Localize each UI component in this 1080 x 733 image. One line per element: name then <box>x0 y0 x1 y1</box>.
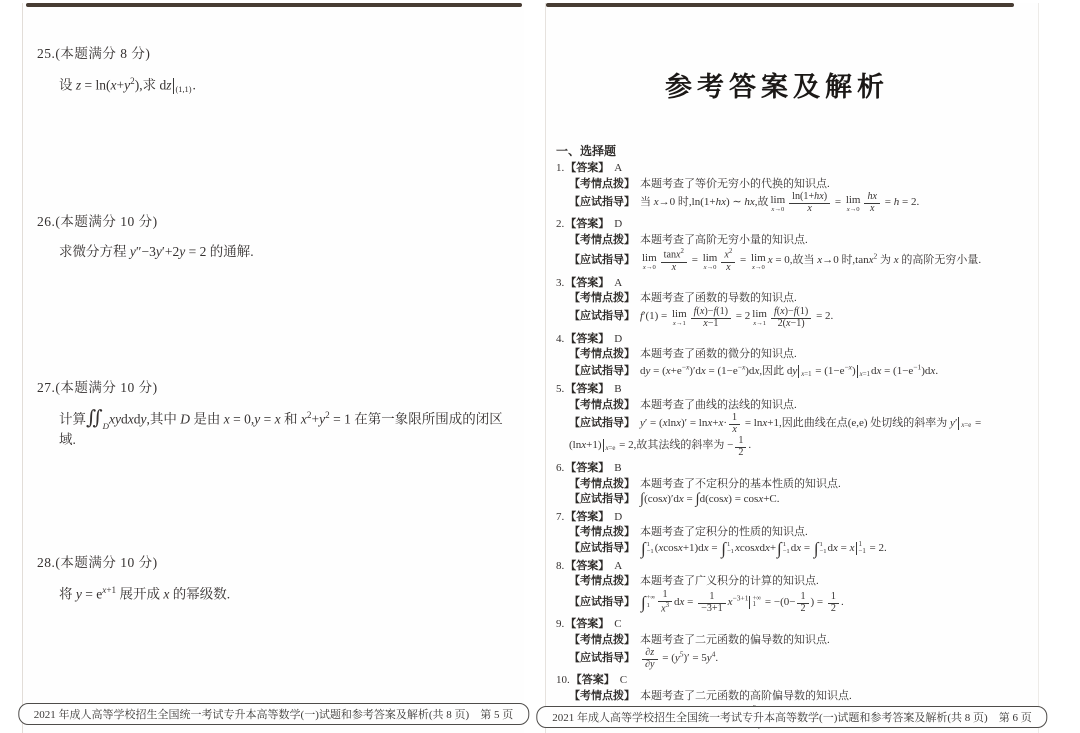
answer-number: 7. <box>556 511 564 523</box>
answer-letter: B <box>614 462 622 474</box>
question-27-header: 27.(本题满分 10 分) <box>37 379 514 398</box>
answer-letter: D <box>614 333 623 345</box>
yingshi-label: 【应试指导】 <box>569 417 635 429</box>
answer-letter: A <box>614 277 623 289</box>
kaoqing-label: 【考情点拨】 <box>569 575 635 587</box>
yingshi-label: 【应试指导】 <box>569 652 635 664</box>
question-26-header: 26.(本题满分 10 分) <box>37 213 514 232</box>
kaoqing-label: 【考情点拨】 <box>569 634 635 646</box>
kaoqing-label: 【考情点拨】 <box>569 526 635 538</box>
kaoqing-label: 【考情点拨】 <box>569 399 635 411</box>
answer-number: 10. <box>556 674 570 686</box>
answer-letter: D <box>614 511 623 523</box>
answer-label: 【答案】 <box>565 277 609 289</box>
answer-number: 8. <box>556 560 564 572</box>
answer-label: 【答案】 <box>565 560 609 572</box>
answer-number: 6. <box>556 462 564 474</box>
answer-letter: D <box>614 218 623 230</box>
yingshi-label: 【应试指导】 <box>569 365 635 377</box>
page-footer-left: 2021 年成人高等学校招生全国统一考试专升本高等数学(一)试题和参考答案及解析… <box>18 703 529 725</box>
kaoqing-label: 【考情点拨】 <box>569 234 635 246</box>
yingshi-formula: ∫+∞11x3dx = 1−3+1x−3+1+∞1 = −(0−12) = 12… <box>640 596 844 608</box>
question-25: 25.(本题满分 8 分) 设 z = ln(x+y2),求 dz(1,1). <box>37 45 514 95</box>
yingshi-formula: ∫(cosx)′dx = ∫d(cosx) = cosx+C. <box>640 493 780 505</box>
yingshi-formula: ∂z∂y = (y5)′ = 5y4. <box>640 652 718 664</box>
kaoqing-label: 【考情点拨】 <box>569 178 635 190</box>
yingshi-label: 【应试指导】 <box>569 542 635 554</box>
yingshi-label: 【应试指导】 <box>569 493 635 505</box>
yingshi-formula: f′(1) = limx→1f(x)−f(1)x−1 = 2limx→1f(x)… <box>640 310 833 322</box>
question-27: 27.(本题满分 10 分) 计算∬Dxydxdy,其中 D 是由 x = 0,… <box>37 379 514 450</box>
question-number: 26. <box>37 214 55 229</box>
question-number: 27. <box>37 380 55 395</box>
kaoqing-text: 本题考查了函数的微分的知识点. <box>640 348 797 360</box>
answer-item-4: 4.【答案】D 【考情点拨】本题考查了函数的微分的知识点. 【应试指导】dy =… <box>556 332 1016 380</box>
answer-number: 3. <box>556 277 564 289</box>
answer-label: 【答案】 <box>565 618 609 630</box>
yingshi-label: 【应试指导】 <box>569 310 635 322</box>
answer-item-1: 1.【答案】A 【考情点拨】本题考查了等价无穷小的代换的知识点. 【应试指导】当… <box>556 161 1016 215</box>
answer-number: 5. <box>556 383 564 395</box>
kaoqing-text: 本题考查了等价无穷小的代换的知识点. <box>640 178 830 190</box>
answer-label: 【答案】 <box>565 383 609 395</box>
page-top-edge <box>26 3 522 7</box>
kaoqing-text: 本题考查了不定积分的基本性质的知识点. <box>640 478 841 490</box>
answer-label: 【答案】 <box>565 162 609 174</box>
answer-number: 4. <box>556 333 564 345</box>
question-number: 28. <box>37 555 55 570</box>
answer-letter: A <box>614 162 623 174</box>
exam-questions-page: 25.(本题满分 8 分) 设 z = ln(x+y2),求 dz(1,1). … <box>22 3 524 733</box>
yingshi-label: 【应试指导】 <box>569 596 635 608</box>
question-25-header: 25.(本题满分 8 分) <box>37 45 514 64</box>
answer-letter: B <box>614 383 622 395</box>
answer-item-6: 6.【答案】B 【考情点拨】本题考查了不定积分的基本性质的知识点. 【应试指导】… <box>556 461 1016 508</box>
answer-number: 9. <box>556 618 564 630</box>
answer-item-3: 3.【答案】A 【考情点拨】本题考查了函数的导数的知识点. 【应试指导】f′(1… <box>556 276 1016 330</box>
kaoqing-label: 【考情点拨】 <box>569 292 635 304</box>
question-points: (本题满分 10 分) <box>55 380 157 395</box>
answer-label: 【答案】 <box>565 333 609 345</box>
answers-list: 1.【答案】A 【考情点拨】本题考查了等价无穷小的代换的知识点. 【应试指导】当… <box>556 161 1016 732</box>
kaoqing-text: 本题考查了函数的导数的知识点. <box>640 292 797 304</box>
answer-letter: A <box>614 560 623 572</box>
question-26-formula: 求微分方程 y″−3y′+2y = 2 的通解. <box>37 243 514 262</box>
answer-letter: C <box>614 618 622 630</box>
answer-label: 【答案】 <box>565 462 609 474</box>
kaoqing-label: 【考情点拨】 <box>569 348 635 360</box>
question-number: 25. <box>37 46 55 61</box>
question-28-header: 28.(本题满分 10 分) <box>37 554 514 573</box>
yingshi-label: 【应试指导】 <box>569 254 635 266</box>
answers-title: 参考答案及解析 <box>546 65 1008 104</box>
answer-item-7: 7.【答案】D 【考情点拨】本题考查了定积分的性质的知识点. 【应试指导】∫1−… <box>556 510 1016 557</box>
page-top-edge <box>546 3 1014 7</box>
kaoqing-text: 本题考查了曲线的法线的知识点. <box>640 399 797 411</box>
answer-label: 【答案】 <box>565 511 609 523</box>
question-points: (本题满分 10 分) <box>55 555 157 570</box>
question-27-formula: 计算∬Dxydxdy,其中 D 是由 x = 0,y = x 和 x2+y2 =… <box>37 409 514 450</box>
yingshi-formula: dy = (x+e−x)′dx = (1−e−x)dx,因此 dyx=1 = (… <box>640 365 938 377</box>
yingshi-label: 【应试指导】 <box>569 196 635 208</box>
question-28: 28.(本题满分 10 分) 将 y = ex+1 展开成 x 的幂级数. <box>37 554 514 604</box>
question-25-formula: 设 z = ln(x+y2),求 dz(1,1). <box>37 75 514 95</box>
page-footer-right: 2021 年成人高等学校招生全国统一考试专升本高等数学(一)试题和参考答案及解析… <box>536 706 1047 728</box>
yingshi-formula: 当 x→0 时,ln(1+hx) ∼ hx,故limx→0ln(1+hx)x =… <box>640 196 919 208</box>
answer-item-2: 2.【答案】D 【考情点拨】本题考查了高阶无穷小量的知识点. 【应试指导】lim… <box>556 217 1016 273</box>
section-title-choice: 一、选择题 <box>556 142 616 159</box>
kaoqing-text: 本题考查了二元函数的偏导数的知识点. <box>640 634 830 646</box>
kaoqing-text: 本题考查了广义积分的计算的知识点. <box>640 575 819 587</box>
kaoqing-text: 本题考查了高阶无穷小量的知识点. <box>640 234 808 246</box>
answer-number: 1. <box>556 162 564 174</box>
yingshi-formula: limx→0tanx2x = limx→0x2x = limx→0x = 0,故… <box>640 254 981 266</box>
answers-page: 参考答案及解析 一、选择题 1.【答案】A 【考情点拨】本题考查了等价无穷小的代… <box>545 3 1039 733</box>
question-28-formula: 将 y = ex+1 展开成 x 的幂级数. <box>37 584 514 604</box>
kaoqing-label: 【考情点拨】 <box>569 690 635 702</box>
answer-label: 【答案】 <box>571 674 615 686</box>
kaoqing-text: 本题考查了二元函数的高阶偏导数的知识点. <box>640 690 852 702</box>
answer-item-8: 8.【答案】A 【考情点拨】本题考查了广义积分的计算的知识点. 【应试指导】∫+… <box>556 559 1016 615</box>
kaoqing-label: 【考情点拨】 <box>569 478 635 490</box>
answer-label: 【答案】 <box>565 218 609 230</box>
question-26: 26.(本题满分 10 分) 求微分方程 y″−3y′+2y = 2 的通解. <box>37 213 514 262</box>
yingshi-formula: ∫1−1(xcosx+1)dx = ∫1−1xcosxdx+∫1−1dx = ∫… <box>640 542 887 554</box>
kaoqing-text: 本题考查了定积分的性质的知识点. <box>640 526 808 538</box>
answer-letter: C <box>620 674 628 686</box>
question-points: (本题满分 8 分) <box>55 46 150 61</box>
question-points: (本题满分 10 分) <box>55 214 157 229</box>
answer-item-5: 5.【答案】B 【考情点拨】本题考查了曲线的法线的知识点. 【应试指导】y′ =… <box>556 382 1016 459</box>
answer-number: 2. <box>556 218 564 230</box>
answer-item-9: 9.【答案】C 【考情点拨】本题考查了二元函数的偏导数的知识点. 【应试指导】∂… <box>556 617 1016 671</box>
